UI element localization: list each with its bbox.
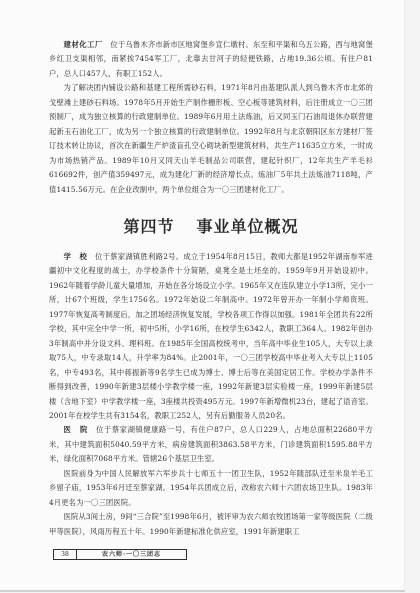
section-number: 第四节	[123, 217, 174, 236]
paragraph-plant-history: 为了解决团内铺设公路和基建工程所需砂石料，1971年8月由基建队派人到乌鲁木齐市…	[49, 81, 373, 197]
paragraph-building-materials-plant: 建材化工厂 位于乌鲁木齐市新市区地窝堡乡宣仁墩村。东至和平渠和乌五公路，西与地窝…	[49, 38, 373, 81]
section-name: 事业单位概况	[197, 217, 299, 236]
entry-heading: 医 院	[64, 425, 89, 434]
paragraph-text: 位于蔡家湖镇胜利路2号。成立于1954年8月15日，教师大都是1952年湖南参军…	[49, 252, 373, 420]
paragraph-text: 医院从3间土房，9间“三合院”至1998年6月，被评审为农六师农牧团场第一家等级…	[49, 512, 373, 535]
page-footer: 38 农六师·一〇三团志	[53, 549, 187, 560]
entry-heading: 建材化工厂	[64, 40, 103, 49]
paragraph-hospital-history: 医院前身为中国人民解放军六军步兵十七师五十一团卫生队，1952年随部队迁至米泉羊…	[49, 467, 373, 510]
paragraph-text: 医院前身为中国人民解放军六军步兵十七师五十一团卫生队，1952年随部队迁至米泉羊…	[49, 469, 373, 507]
paragraph-text: 位于蔡家湖镇健康路一号，有住户87户，总人口229人，占地总面积22680平方米…	[49, 425, 373, 463]
page-number: 38	[54, 550, 77, 559]
document-page: 建材化工厂 位于乌鲁木齐市新市区地窝堡乡宣仁墩村。东至和平渠和乌五公路，西与地窝…	[0, 0, 405, 592]
running-title: 农六师·一〇三团志	[77, 550, 186, 559]
paragraph-hospital: 医 院 位于蔡家湖镇健康路一号，有住户87户，总人口229人，占地总面积2268…	[49, 423, 373, 466]
page-body: 建材化工厂 位于乌鲁木齐市新市区地窝堡乡宣仁墩村。东至和平渠和乌五公路，西与地窝…	[49, 38, 373, 539]
section-title: 第四节事业单位概况	[49, 216, 373, 238]
paragraph-school: 学 校 位于蔡家湖镇胜利路2号。成立于1954年8月15日，教师大都是1952年…	[49, 250, 373, 423]
paragraph-text: 为了解决团内铺设公路和基建工程所需砂石料，1971年8月由基建队派人到乌鲁木齐市…	[49, 83, 373, 193]
entry-heading: 学 校	[64, 252, 88, 261]
paragraph-hospital-development: 医院从3间土房，9间“三合院”至1998年6月，被评审为农六师农牧团场第一家等级…	[49, 510, 373, 539]
